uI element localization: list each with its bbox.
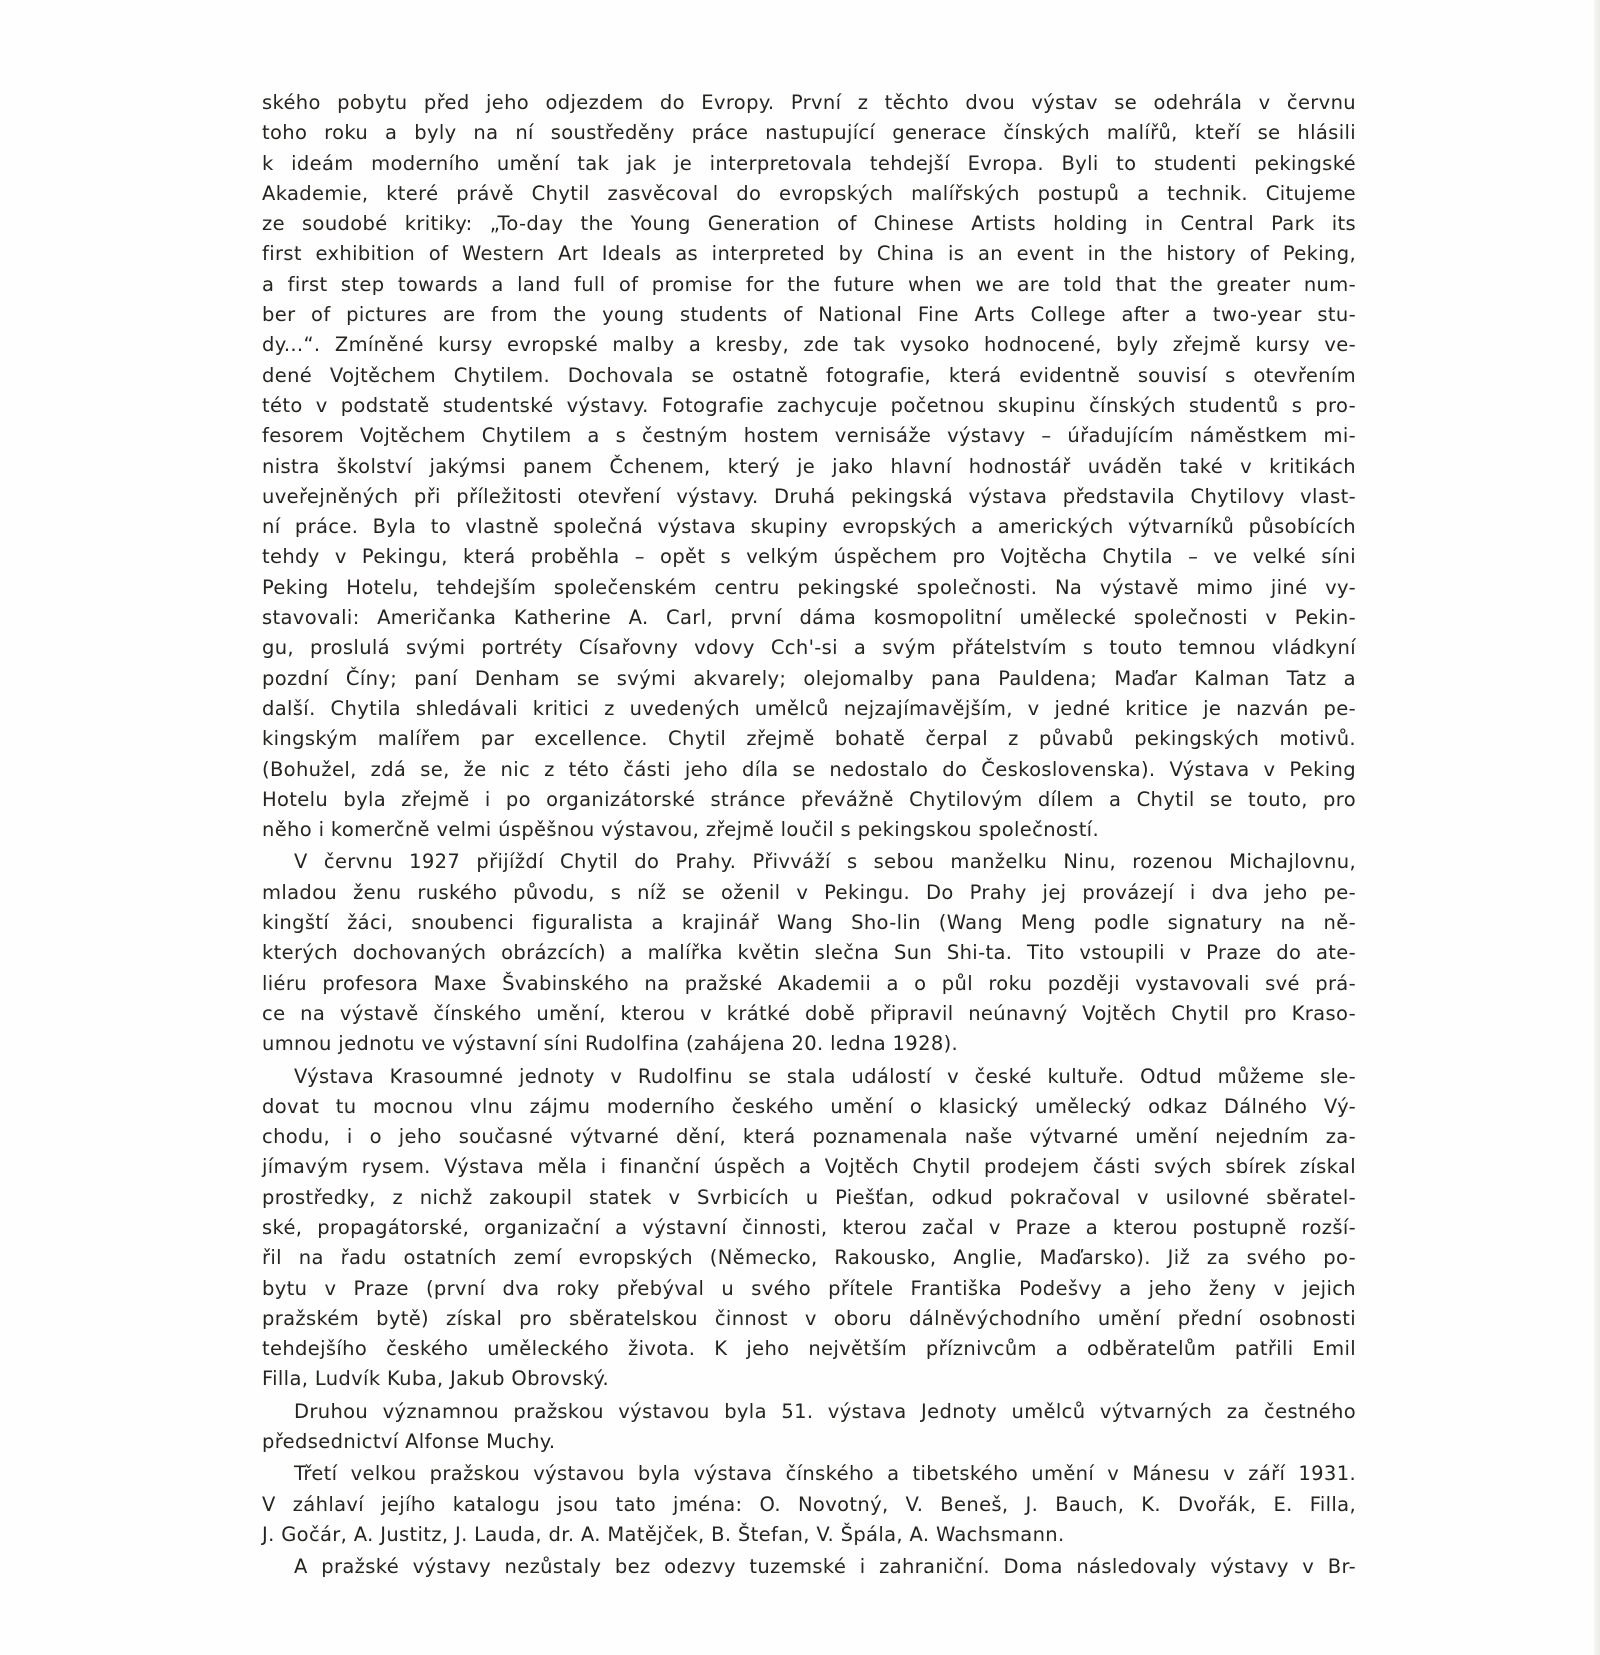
text-line: další. Chytila shledávali kritici z uved…: [262, 694, 1356, 724]
text-line: Peking Hotelu, tehdejším společenském ce…: [262, 573, 1356, 603]
body-text: ského pobytu před jeho odjezdem do Evrop…: [262, 88, 1356, 1583]
text-line: jímavým rysem. Výstava měla i finanční ú…: [262, 1152, 1356, 1182]
paragraph-6: A pražské výstavy nezůstaly bez odezvy t…: [262, 1552, 1356, 1582]
text-line: Výstava Krasoumné jednoty v Rudolfinu se…: [262, 1062, 1356, 1092]
text-line: gu, proslulá svými portréty Císařovny vd…: [262, 633, 1356, 663]
text-line: dy...“. Zmíněné kursy evropské malby a k…: [262, 330, 1356, 360]
text-line: chodu, i o jeho současné výtvarné dění, …: [262, 1122, 1356, 1152]
paragraph-4: Druhou významnou pražskou výstavou byla …: [262, 1397, 1356, 1458]
text-line: first exhibition of Western Art Ideals a…: [262, 239, 1356, 269]
text-line: toho roku a byly na ní soustředěny práce…: [262, 118, 1356, 148]
text-line: umnou jednotu ve výstavní síni Rudolfina…: [262, 1029, 1356, 1059]
text-line: ce na výstavě čínského umění, kterou v k…: [262, 999, 1356, 1029]
text-line: této v podstatě studentské výstavy. Foto…: [262, 391, 1356, 421]
text-line: stavovali: Američanka Katherine A. Carl,…: [262, 603, 1356, 633]
text-line: dovat tu mocnou vlnu zájmu moderního čes…: [262, 1092, 1356, 1122]
text-line: Třetí velkou pražskou výstavou byla výst…: [262, 1459, 1356, 1489]
text-line: tehdejšího českého uměleckého života. K …: [262, 1334, 1356, 1364]
text-line: V záhlaví jejího katalogu jsou tato jmén…: [262, 1490, 1356, 1520]
text-line: řil na řadu ostatních zemí evropských (N…: [262, 1243, 1356, 1273]
text-line: V červnu 1927 přijíždí Chytil do Prahy. …: [262, 847, 1356, 877]
text-line: pražském bytě) získal pro sběratelskou č…: [262, 1304, 1356, 1334]
text-line: bytu v Praze (první dva roky přebýval u …: [262, 1274, 1356, 1304]
text-line: k ideám moderního umění tak jak je inter…: [262, 149, 1356, 179]
text-line: předsednictví Alfonse Muchy.: [262, 1427, 1356, 1457]
text-line: Druhou významnou pražskou výstavou byla …: [262, 1397, 1356, 1427]
text-line: A pražské výstavy nezůstaly bez odezvy t…: [262, 1552, 1356, 1582]
text-line: prostředky, z nichž zakoupil statek v Sv…: [262, 1183, 1356, 1213]
text-line: něho i komerčně velmi úspěšnou výstavou,…: [262, 815, 1356, 845]
text-line: pozdní Číny; paní Denham se svými akvare…: [262, 664, 1356, 694]
text-line: dené Vojtěchem Chytilem. Dochovala se os…: [262, 361, 1356, 391]
text-line: Akademie, které právě Chytil zasvěcoval …: [262, 179, 1356, 209]
text-line: ní práce. Byla to vlastně společná výsta…: [262, 512, 1356, 542]
scanned-book-page: ského pobytu před jeho odjezdem do Evrop…: [0, 0, 1600, 1655]
text-line: ber of pictures are from the young stude…: [262, 300, 1356, 330]
text-line: a first step towards a land full of prom…: [262, 270, 1356, 300]
page-edge-shadow: [1594, 0, 1600, 1655]
text-line: ze soudobé kritiky: „To-day the Young Ge…: [262, 209, 1356, 239]
text-line: kterých dochovaných obrázcích) a malířka…: [262, 938, 1356, 968]
text-line: kingským malířem par excellence. Chytil …: [262, 724, 1356, 754]
text-line: Filla, Ludvík Kuba, Jakub Obrovský.: [262, 1364, 1356, 1394]
text-line: nistra školství jakýmsi panem Čchenem, k…: [262, 452, 1356, 482]
text-line: ské, propagátorské, organizační a výstav…: [262, 1213, 1356, 1243]
text-line: Hotelu byla zřejmě i po organizátorské s…: [262, 785, 1356, 815]
text-line: tehdy v Pekingu, která proběhla – opět s…: [262, 542, 1356, 572]
paragraph-5: Třetí velkou pražskou výstavou byla výst…: [262, 1459, 1356, 1550]
text-line: mladou ženu ruského původu, s níž se ože…: [262, 878, 1356, 908]
text-line: (Bohužel, zdá se, že nic z této části je…: [262, 755, 1356, 785]
paragraph-1: ského pobytu před jeho odjezdem do Evrop…: [262, 88, 1356, 845]
text-line: kingští žáci, snoubenci figuralista a kr…: [262, 908, 1356, 938]
text-line: fesorem Vojtěchem Chytilem a s čestným h…: [262, 421, 1356, 451]
paragraph-3: Výstava Krasoumné jednoty v Rudolfinu se…: [262, 1062, 1356, 1395]
text-line: liéru profesora Maxe Švabinského na praž…: [262, 969, 1356, 999]
text-line: J. Gočár, A. Justitz, J. Lauda, dr. A. M…: [262, 1520, 1356, 1550]
paragraph-2: V červnu 1927 přijíždí Chytil do Prahy. …: [262, 847, 1356, 1059]
text-line: ského pobytu před jeho odjezdem do Evrop…: [262, 88, 1356, 118]
text-line: uveřejněných při příležitosti otevření v…: [262, 482, 1356, 512]
